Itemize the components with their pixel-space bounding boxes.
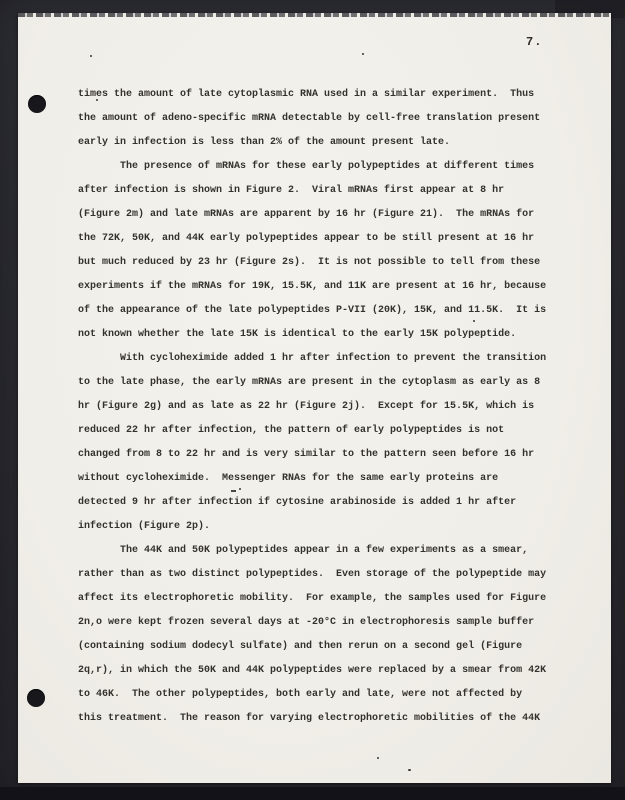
text-line: experiments if the mRNAs for 19K, 15.5K,… bbox=[78, 275, 598, 299]
text-line: changed from 8 to 22 hr and is very simi… bbox=[78, 443, 598, 467]
text-line: after infection is shown in Figure 2. Vi… bbox=[78, 179, 598, 203]
punch-hole-bottom bbox=[27, 689, 45, 707]
pencil-mark bbox=[231, 490, 236, 492]
text-line: 2n,o were kept frozen several days at -2… bbox=[78, 611, 598, 635]
text-line: not known whether the late 15K is identi… bbox=[78, 323, 598, 347]
text-line: infection (Figure 2p). bbox=[78, 515, 598, 539]
text-line: to 46K. The other polypeptides, both ear… bbox=[78, 683, 598, 707]
scanned-page: 7. times the amount of late cytoplasmic … bbox=[0, 0, 625, 800]
text-line: without cycloheximide. Messenger RNAs fo… bbox=[78, 467, 598, 491]
dust-speck bbox=[90, 55, 92, 57]
text-line: but much reduced by 23 hr (Figure 2s). I… bbox=[78, 251, 598, 275]
dust-speck bbox=[473, 320, 475, 322]
text-line: of the appearance of the late polypeptid… bbox=[78, 299, 598, 323]
text-line: reduced 22 hr after infection, the patte… bbox=[78, 419, 598, 443]
text-line: The 44K and 50K polypeptides appear in a… bbox=[78, 539, 598, 563]
dust-speck bbox=[96, 99, 98, 101]
dust-speck bbox=[408, 769, 411, 771]
text-line: to the late phase, the early mRNAs are p… bbox=[78, 371, 598, 395]
pencil-mark-dot bbox=[239, 488, 241, 490]
dust-speck bbox=[377, 757, 379, 759]
text-line: the 72K, 50K, and 44K early polypeptides… bbox=[78, 227, 598, 251]
text-line: early in infection is less than 2% of th… bbox=[78, 131, 598, 155]
text-line: rather than as two distinct polypeptides… bbox=[78, 563, 598, 587]
paper-sheet: 7. times the amount of late cytoplasmic … bbox=[18, 13, 611, 783]
text-line: hr (Figure 2g) and as late as 22 hr (Fig… bbox=[78, 395, 598, 419]
punch-hole-top bbox=[28, 95, 46, 113]
text-line: With cycloheximide added 1 hr after infe… bbox=[78, 347, 598, 371]
text-line: times the amount of late cytoplasmic RNA… bbox=[78, 83, 598, 107]
text-line: 2q,r), in which the 50K and 44K polypept… bbox=[78, 659, 598, 683]
scanner-bed-shadow bbox=[0, 787, 625, 800]
page-number: 7. bbox=[526, 35, 542, 49]
typed-text-body: times the amount of late cytoplasmic RNA… bbox=[78, 83, 598, 731]
text-line: affect its electrophoretic mobility. For… bbox=[78, 587, 598, 611]
text-line: the amount of adeno-specific mRNA detect… bbox=[78, 107, 598, 131]
dust-speck bbox=[362, 53, 364, 55]
text-line: The presence of mRNAs for these early po… bbox=[78, 155, 598, 179]
text-line: (Figure 2m) and late mRNAs are apparent … bbox=[78, 203, 598, 227]
text-line: detected 9 hr after infection if cytosin… bbox=[78, 491, 598, 515]
text-line: this treatment. The reason for varying e… bbox=[78, 707, 598, 731]
text-line: (containing sodium dodecyl sulfate) and … bbox=[78, 635, 598, 659]
paper-top-edge bbox=[18, 13, 611, 17]
